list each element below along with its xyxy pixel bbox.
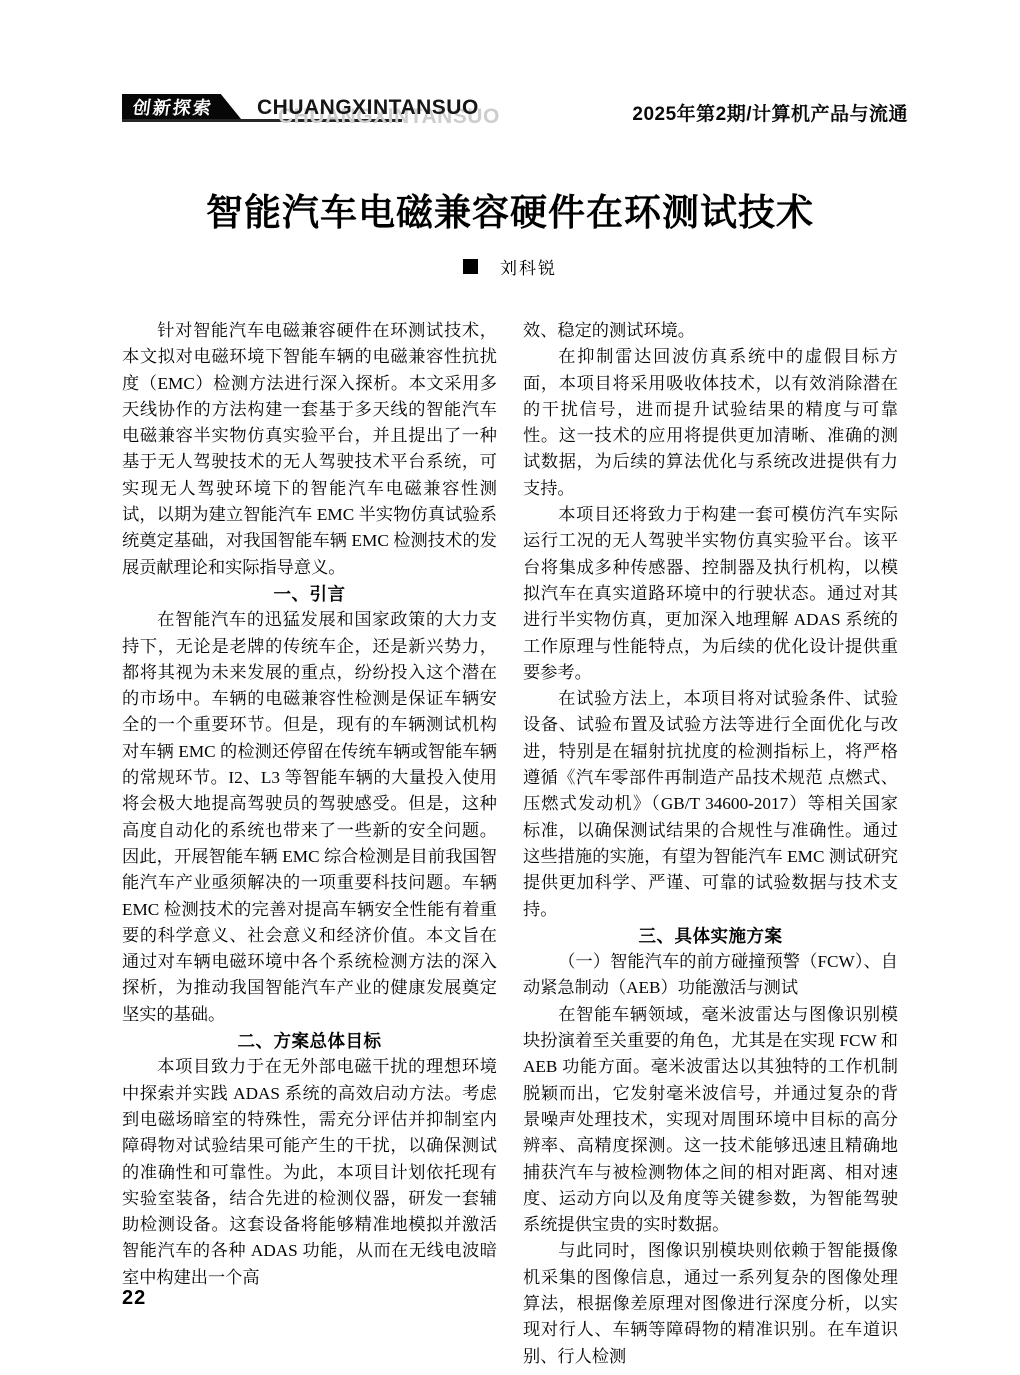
journal-page: { "header": { "section_badge": "创新探索", "… [0,0,1020,1375]
issue-info: 2025年第2期/计算机产品与流通 [632,99,908,126]
section-badge-label: 创新探索 [131,94,214,120]
author-name: 刘科锐 [500,254,557,279]
section-heading-3: 三、具体实施方案 [523,923,898,949]
abstract-paragraph: 针对智能汽车电磁兼容硬件在环测试技术，本文拟对电磁环境下智能车辆的电磁兼容性抗扰… [122,318,497,581]
left-column: 针对智能汽车电磁兼容硬件在环测试技术，本文拟对电磁环境下智能车辆的电磁兼容性抗扰… [122,318,497,1370]
section-heading-1: 一、引言 [122,581,497,607]
body-paragraph: 在智能汽车的迅猛发展和国家政策的大力支持下，无论是老牌的传统车企，还是新兴势力，… [122,607,497,1028]
body-paragraph: 与此同时，图像识别模块则依赖于智能摄像机采集的图像信息，通过一系列复杂的图像处理… [523,1238,898,1369]
body-paragraph: 在智能车辆领域，毫米波雷达与图像识别模块扮演着至关重要的角色，尤其是在实现 FC… [523,1002,898,1239]
continued-paragraph: 效、稳定的测试环境。 [523,318,898,344]
byline: 刘科锐 [0,254,1020,279]
article-title: 智能汽车电磁兼容硬件在环测试技术 [0,182,1020,236]
body-paragraph: 本项目还将致力于构建一套可模仿汽车实际运行工况的无人驾驶半实物仿真实验平台。该平… [523,502,898,686]
section-heading-2: 二、方案总体目标 [122,1028,497,1054]
article-body: 针对智能汽车电磁兼容硬件在环测试技术，本文拟对电磁环境下智能车辆的电磁兼容性抗扰… [122,318,898,1370]
body-paragraph: 本项目致力于在无外部电磁干扰的理想环境中探索并实践 ADAS 系统的高效启动方法… [122,1054,497,1291]
right-column: 效、稳定的测试环境。 在抑制雷达回波仿真系统中的虚假目标方面，本项目将采用吸收体… [523,318,898,1370]
body-paragraph: 在试验方法上，本项目将对试验条件、试验设备、试验布置及试验方法等进行全面优化与改… [523,686,898,923]
section-badge: 创新探索 [122,94,241,119]
section-pinyin: CHUANGXINTANSUO CHUANGXINTANSUO [257,96,479,126]
body-paragraph: 在抑制雷达回波仿真系统中的虚假目标方面，本项目将采用吸收体技术，以有效消除潜在的… [523,344,898,502]
page-number: 22 [122,1287,146,1310]
section-pinyin-label: CHUANGXINTANSUO [257,96,479,119]
subsection-heading-paragraph: （一）智能汽车的前方碰撞预警（FCW）、自动紧急制动（AEB）功能激活与测试 [523,949,898,1002]
author-square-icon [463,259,478,274]
